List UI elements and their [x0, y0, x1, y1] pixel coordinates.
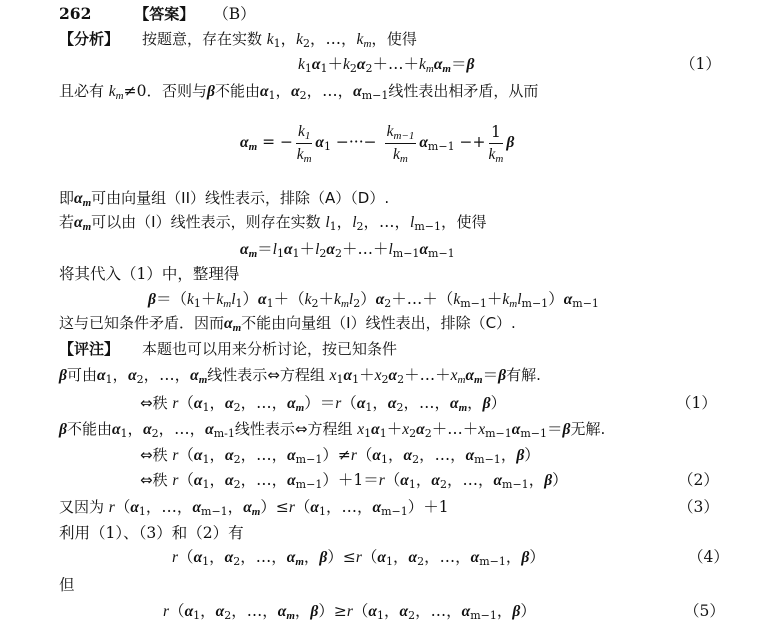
- analysis-line-4: 若αm可以由（I）线性表示，则存在实数 l1，l2，…，lm−1，使得: [59, 212, 487, 233]
- analysis-line-2: 且必有 km≠0．否则与β不能由α1，α2，…，αm−1线性表出相矛盾，从而: [59, 81, 538, 102]
- equation-tag-1: （1）: [680, 54, 721, 74]
- comment-line-2: ⇔秩 r（α1，α2，…，αm）＝r（α1，α2，…，αm，β）: [140, 393, 506, 414]
- comment-line-1: β可由α1，α2，…，αm线性表示⇔方程组 x1α1＋x2α2＋…＋xmαm＝β…: [59, 365, 541, 386]
- comment-line-6: 又因为 r（α1，…，αm−1，αm）≤r（α1，…，αm−1）＋1: [59, 497, 449, 518]
- equation-tag-c2: （2）: [678, 470, 719, 490]
- equation-tag-c4: （4）: [688, 547, 729, 567]
- comment-line-9: 但: [59, 575, 75, 595]
- comment-line-4: ⇔秩 r（α1，α2，…，αm−1）≠r（α1，α2，…，αm−1，β）: [140, 445, 540, 466]
- equation-3: β＝（k1＋kml1）α1＋（k2＋kml2）α2＋…＋（km−1＋kmlm−1…: [148, 289, 599, 310]
- equation-tag-c1: （1）: [676, 393, 717, 413]
- comment-line-8: r（α1，α2，…，αm，β）≤r（α1，α2，…，αm−1，β）: [172, 547, 545, 568]
- equation-fraction: αm = −k1kmα1 −···− km−1kmαm−1 −+1kmβ: [240, 120, 514, 166]
- equation-2: αm＝l1α1＋l2α2＋…＋lm−1αm−1: [240, 239, 455, 260]
- equation-1: k1α1＋k2α2＋…＋kmαm＝β: [298, 54, 474, 75]
- analysis-line-6: 这与已知条件矛盾．因而αm不能由向量组（I）线性表出，排除（C）.: [59, 313, 516, 334]
- comment-intro: 【评注】 本题也可以用来分析讨论，按已知条件: [59, 339, 397, 359]
- fraction-k1-km: k1km: [296, 121, 312, 166]
- fraction-1-km: 1km: [488, 121, 503, 166]
- equation-tag-c5: （5）: [684, 601, 725, 621]
- answer-value: （B）: [213, 5, 255, 23]
- comment-label: 【评注】: [59, 340, 119, 358]
- equation-tag-c3: （3）: [678, 497, 719, 517]
- analysis-intro: 【分析】 按题意，存在实数 k1，k2，…，km，使得: [59, 29, 417, 50]
- problem-number: 262: [59, 4, 91, 23]
- fraction-km1-km: km−1km: [385, 121, 417, 166]
- comment-line-10: r（α1，α2，…，αm，β）≥r（α1，α2，…，αm−1，β）: [163, 601, 536, 622]
- comment-line-5: ⇔秩 r（α1，α2，…，αm−1）＋1＝r（α1，α2，…，αm−1，β）: [140, 470, 568, 491]
- comment-line-7: 利用（1）、（3）和（2）有: [59, 523, 244, 543]
- answer-header: 262 【答案】 （B）: [59, 4, 256, 24]
- analysis-label: 【分析】: [59, 30, 119, 48]
- comment-line-3: β不能由α1，α2，…，αm-1线性表示⇔方程组 x1α1＋x2α2＋…＋xm−…: [59, 419, 605, 440]
- analysis-line-5: 将其代入（1）中，整理得: [59, 264, 239, 284]
- answer-label: 【答案】: [134, 5, 194, 23]
- analysis-line-3: 即αm可由向量组（II）线性表示，排除（A）（D）.: [59, 188, 389, 209]
